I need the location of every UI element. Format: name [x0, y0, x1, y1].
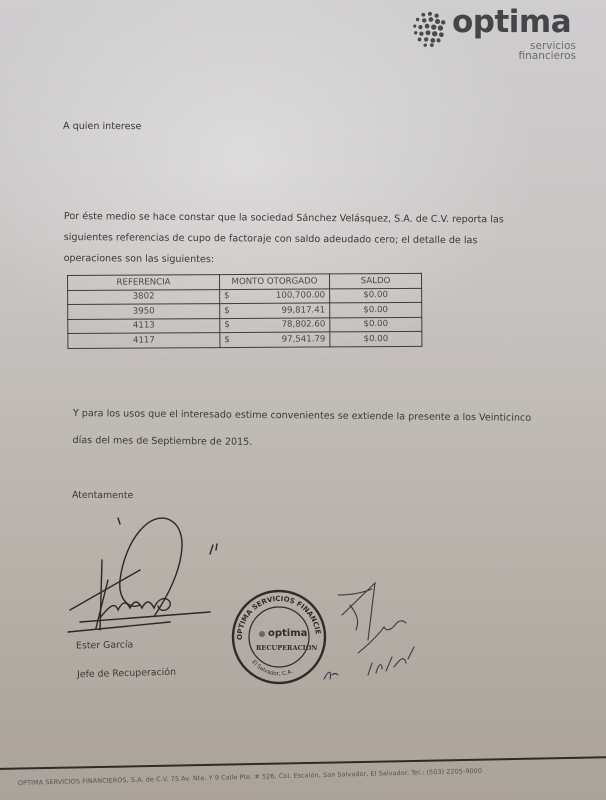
header-monto: MONTO OTORGADO [220, 274, 330, 289]
salutation: A quien interese [63, 121, 141, 132]
body-paragraph-2: Y para los usos que el interesado estime… [72, 400, 543, 459]
scanned-letter: optima servicios financieros A quien int… [0, 0, 606, 800]
cell-monto: 97,541.79 [240, 332, 330, 347]
optima-logo: optima servicios financieros [410, 8, 590, 68]
svg-text:El Salvador, C.A.: El Salvador, C.A. [250, 659, 294, 677]
brand-tagline: servicios financieros [519, 41, 577, 61]
stamp-department: RECUPERACION [256, 644, 317, 652]
cell-currency: $ [220, 303, 240, 318]
body-paragraph-1: Por éste medio se hace constar que la so… [64, 206, 534, 273]
signature-icon [60, 510, 240, 650]
tagline-line2: financieros [519, 51, 577, 61]
cell-referencia: 3802 [68, 289, 220, 304]
globe-dots-icon [410, 10, 448, 48]
cell-currency: $ [220, 318, 240, 333]
brand-name: optima [452, 4, 571, 40]
table-row: 4117 $ 97,541.79 $0.00 [68, 331, 422, 348]
stamp-bottom-text: El Salvador, C.A. [250, 659, 294, 677]
cell-referencia: 3950 [68, 304, 220, 319]
cell-monto: 99,817.41 [240, 303, 330, 318]
company-stamp-icon: OPTIMA SERVICIOS FINANCIEROS, S.A. DE C.… [228, 588, 330, 686]
header-referencia: REFERENCIA [68, 275, 220, 290]
closing: Atentamente [72, 490, 133, 501]
footer-address: OPTIMA SERVICIOS FINANCIEROS, S.A. de C.… [18, 767, 482, 787]
signer-title: Jefe de Recuperación [77, 667, 176, 681]
cell-saldo: $0.00 [330, 288, 422, 303]
operations-table: REFERENCIA MONTO OTORGADO SALDO 3802 $ 1… [67, 273, 422, 349]
cell-monto: 100,700.00 [240, 288, 330, 303]
handwritten-note-icon [320, 575, 440, 690]
header-saldo: SALDO [329, 273, 421, 288]
cell-monto: 78,802.60 [240, 317, 330, 332]
cell-saldo: $0.00 [330, 317, 422, 332]
footer-divider [0, 756, 606, 770]
cell-currency: $ [220, 332, 240, 347]
cell-currency: $ [220, 289, 240, 304]
signer-name: Ester García [76, 640, 133, 652]
cell-referencia: 4113 [68, 318, 220, 333]
cell-saldo: $0.00 [330, 302, 422, 317]
cell-referencia: 4117 [68, 333, 220, 348]
stamp-brand: optima [268, 628, 307, 639]
cell-saldo: $0.00 [330, 331, 422, 346]
